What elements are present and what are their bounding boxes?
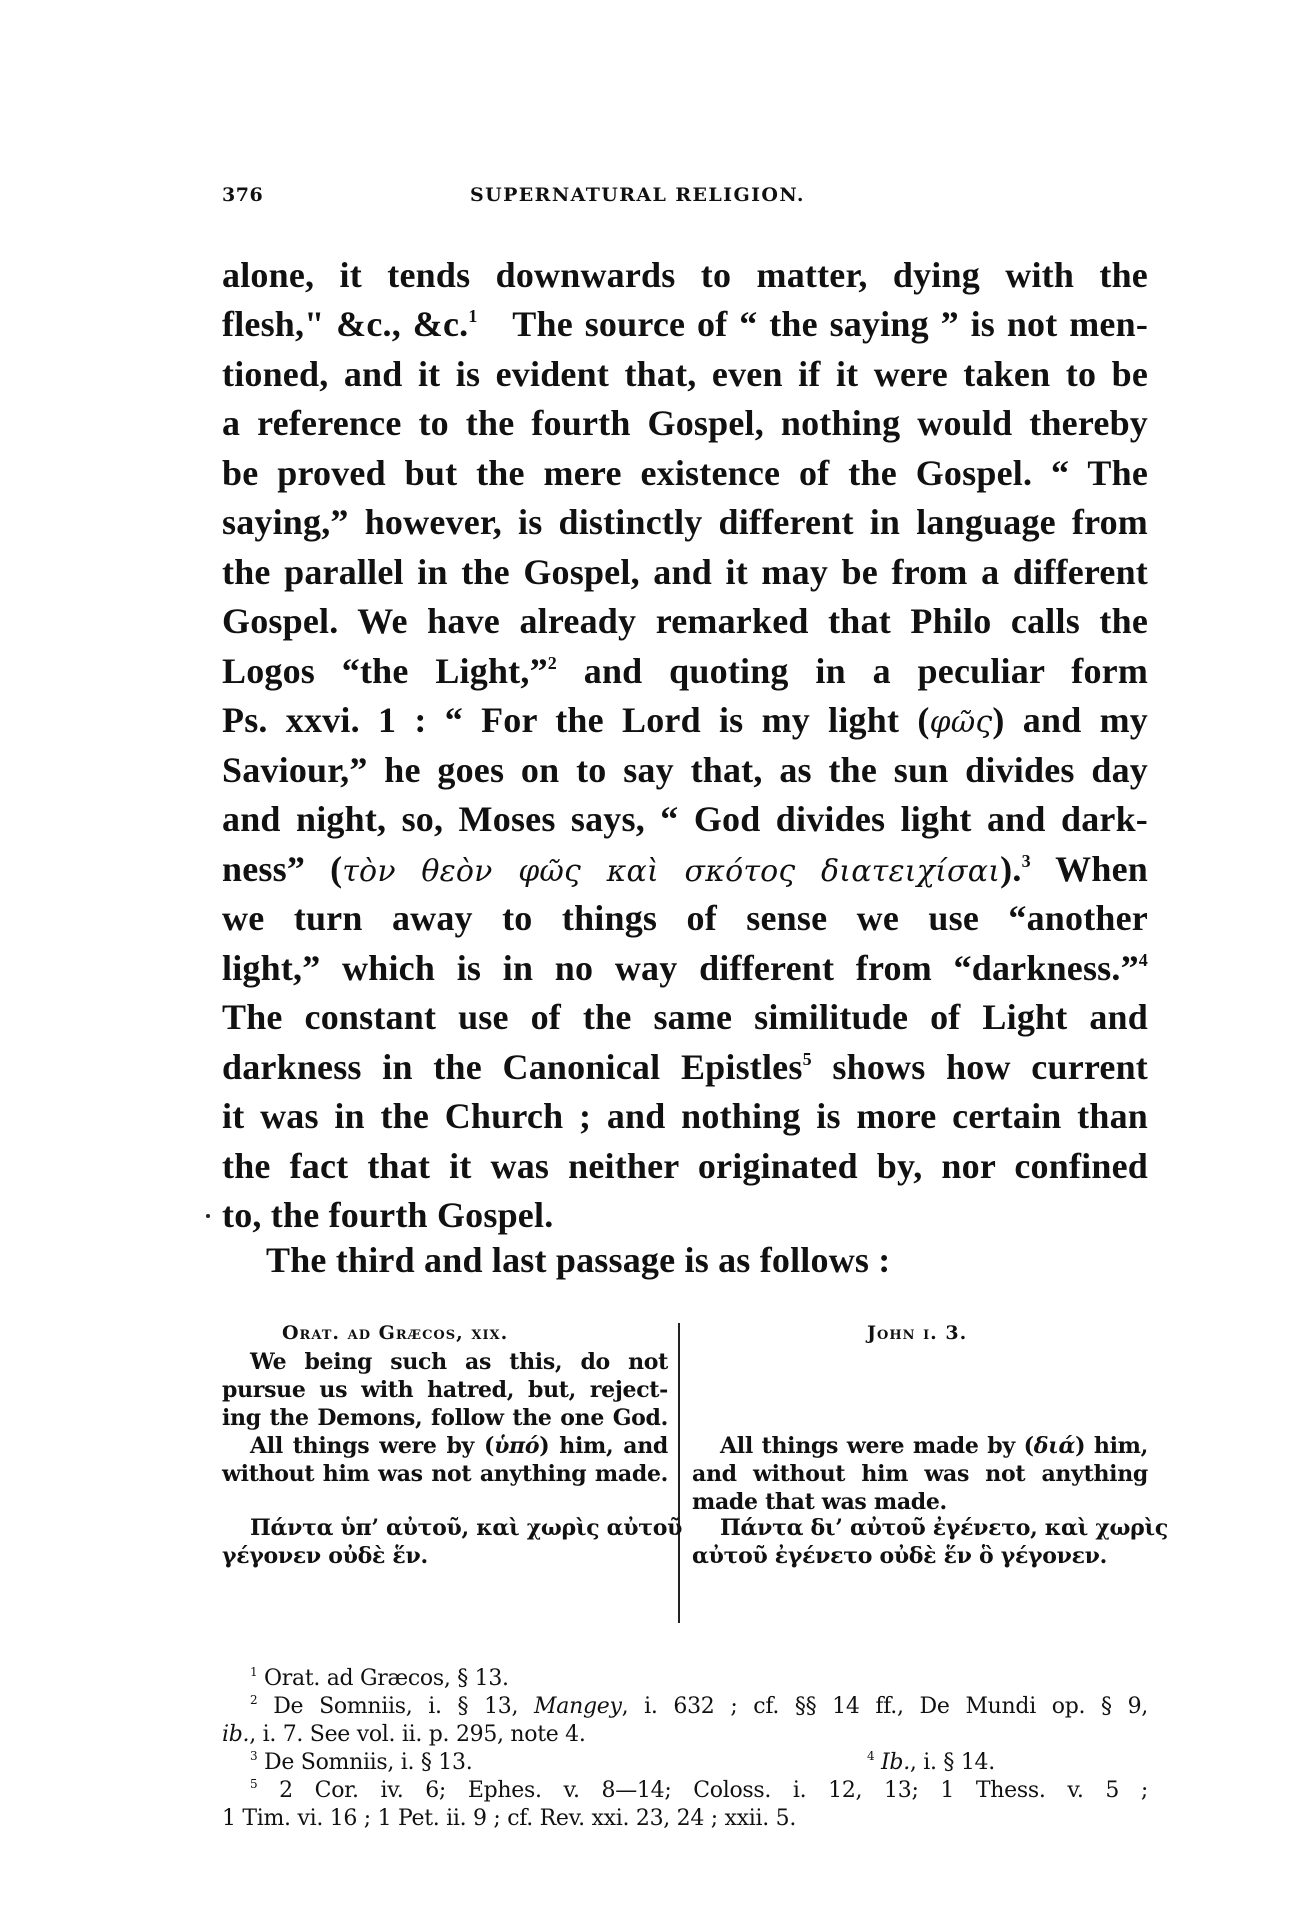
text-line: flesh," &c., &c.1 The source of “ the sa… [222,301,1148,347]
text-line: we turn away to things of sense we use “… [222,895,1148,941]
right-column-greek: Πάντα δι’ αὐτοῦ ἐγένετο, καὶ χωρὶς [720,1514,1148,1542]
text-line: darkness in the Canonical Epistles5 show… [222,1044,1148,1090]
book-page: 376 SUPERNATURAL RELIGION. alone, it ten… [0,0,1292,1925]
footnote-2: 2 De Somniis, i. § 13, Mangey, i. 632 ; … [250,1693,1148,1721]
text-line: ness” (τὸν θεὸν φῶς καὶ σκότος διατειχίσ… [222,846,1148,892]
text-line: to, the fourth Gospel. [222,1192,1148,1238]
margin-mark [206,1214,210,1218]
footnote-ref: 1 [468,306,477,326]
parallel-comparison: Orat. ad Græcos, xix. John i. 3. We bein… [222,1310,1148,1640]
left-column-line: We being such as this, do not [250,1348,668,1376]
right-column-greek: αὐτοῦ ἐγένετο οὐδὲ ἕν ὃ γέγονεν. [692,1542,1148,1570]
text-line: saying,” however, is distinctly differen… [222,499,1148,545]
text-line: the fact that it was neither originated … [222,1143,1148,1189]
text-line: it was in the Church ; and nothing is mo… [222,1093,1148,1139]
left-column-heading: Orat. ad Græcos, xix. [282,1322,508,1344]
footnote-ref: 2 [548,653,557,673]
left-column-greek: γέγονεν οὐδὲ ἕν. [222,1542,668,1570]
text-line: The constant use of the same similitude … [222,994,1148,1040]
text-line: the parallel in the Gospel, and it may b… [222,549,1148,595]
greek-phrase: τὸν θεὸν φῶς καὶ σκότος διατειχίσαι [342,854,1000,889]
text-line: alone, it tends downwards to matter, dyi… [222,252,1148,298]
text-line: The third and last passage is as follows… [266,1237,1148,1283]
text-line: light,” which is in no way different fro… [222,945,1148,991]
right-column-line: and without him was not anything [692,1460,1148,1488]
footnote-ref: 4 [1139,950,1148,970]
text-line: Gospel. We have already remarked that Ph… [222,598,1148,644]
running-head: 376 SUPERNATURAL RELIGION. [222,184,1148,210]
text-line: tioned, and it is evident that, even if … [222,351,1148,397]
text-line: a reference to the fourth Gospel, nothin… [222,400,1148,446]
text-line: Saviour,” he goes on to say that, as the… [222,747,1148,793]
text-line: be proved but the mere existence of the … [222,450,1148,496]
left-column-greek: Πάντα ὑπ’ αὐτοῦ, καὶ χωρὶς αὐτοῦ [250,1514,668,1542]
left-column-line: All things were by (ὑπό) him, and [250,1432,668,1460]
left-column-line: pursue us with hatred, but, reject- [222,1376,668,1404]
greek-word: φῶς [930,705,993,740]
page-number: 376 [222,184,263,206]
footnote-2-cont: ib., i. 7. See vol. ii. p. 295, note 4. [222,1721,586,1749]
right-column-line: made that was made. [692,1488,1148,1516]
footnote-1: 1 Orat. ad Græcos, § 13. [250,1665,509,1693]
footnote-ref: 5 [803,1049,812,1069]
left-column-line: ing the Demons, follow the one God. [222,1404,668,1432]
running-title: SUPERNATURAL RELIGION. [470,184,805,206]
text-line: Ps. xxvi. 1 : “ For the Lord is my light… [222,697,1148,743]
text-line: Logos “the Light,”2 and quoting in a pec… [222,648,1148,694]
right-column-heading: John i. 3. [867,1322,967,1344]
footnote-ref: 3 [1022,851,1031,871]
right-column-line: All things were made by (διά) him, [720,1432,1148,1460]
text-line: and night, so, Moses says, “ God divides… [222,796,1148,842]
footnote-3: 3 De Somniis, i. § 13. [250,1749,472,1777]
left-column-line: without him was not anything made. [222,1460,668,1488]
footnote-5-cont: 1 Tim. vi. 16 ; 1 Pet. ii. 9 ; cf. Rev. … [222,1805,796,1833]
footnote-5: 5 2 Cor. iv. 6; Ephes. v. 8—14; Coloss. … [250,1777,1148,1805]
column-divider [678,1323,680,1623]
footnote-4: 4 Ib., i. § 14. [867,1749,995,1777]
